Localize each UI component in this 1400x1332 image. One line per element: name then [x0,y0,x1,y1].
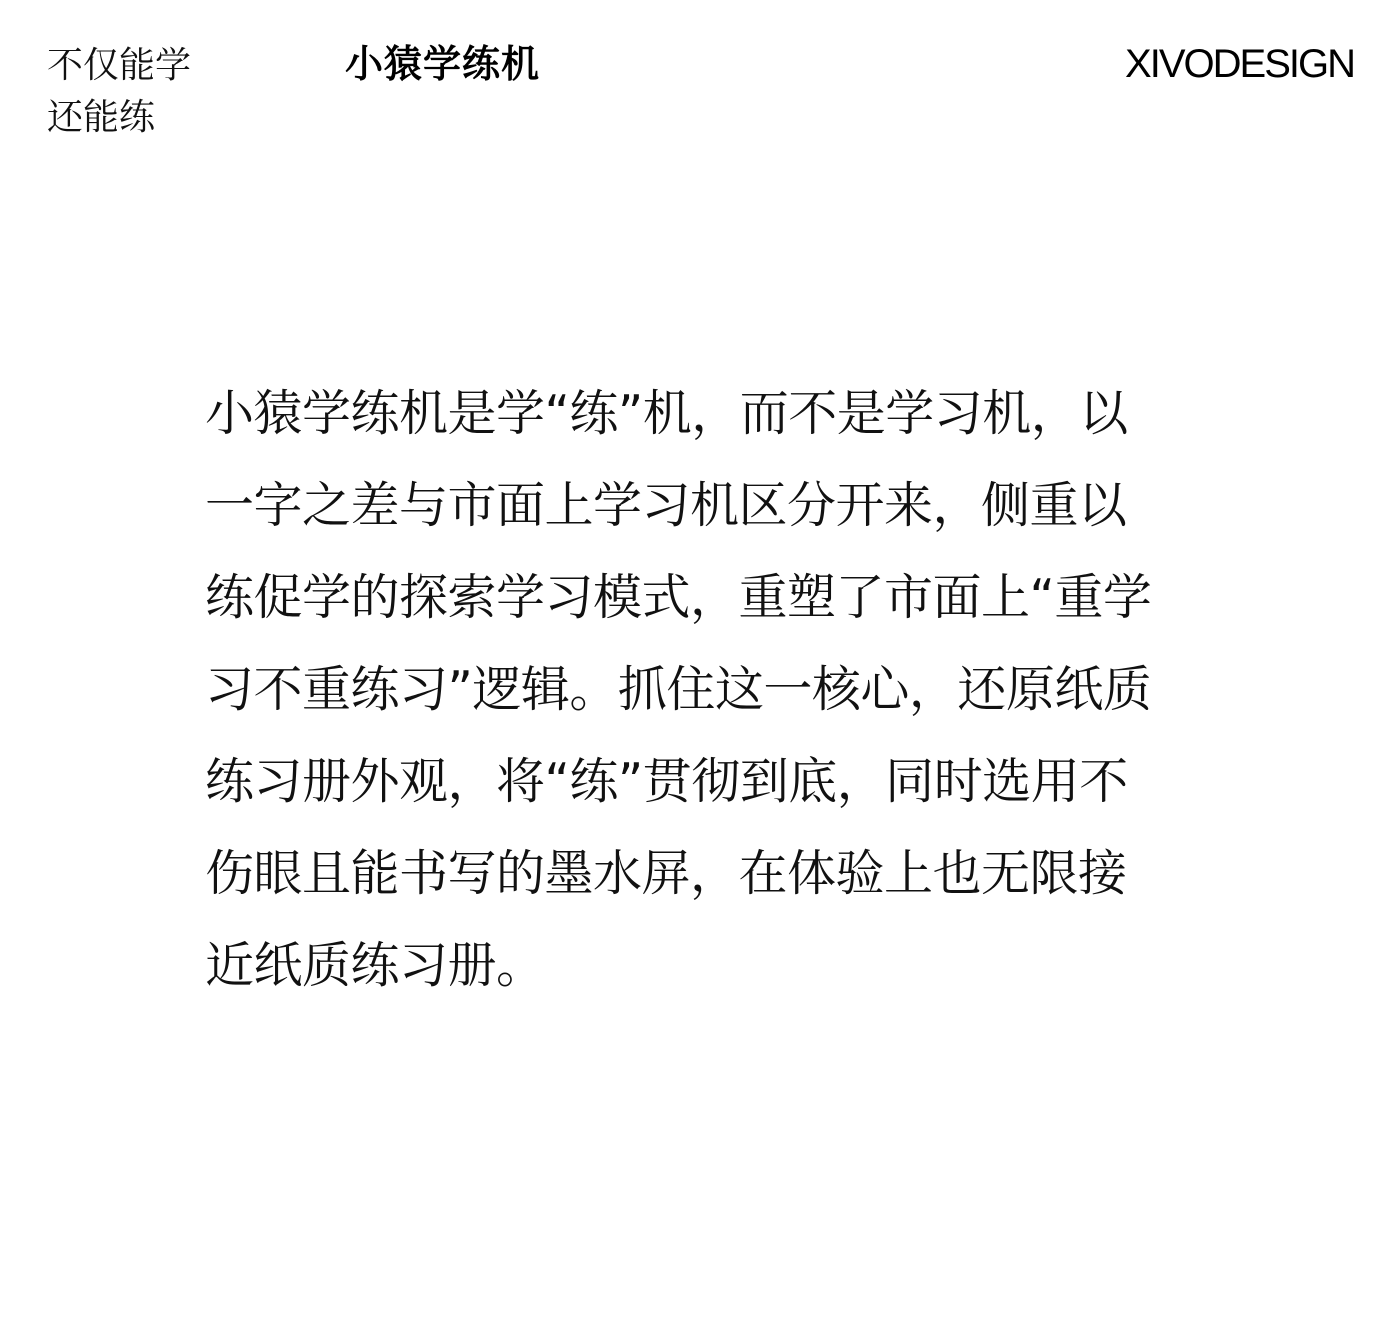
product-title: 小猿学练机 [345,38,540,90]
tagline-line-1: 不仅能学 [47,40,191,92]
body-paragraph: 小猿学练机是学“练”机，而不是学习机，以 一字之差与市面上学习机区分开来，侧重以… [205,368,1205,1012]
body-line: 练促学的探索学习模式，重塑了市面上“重学 [205,552,1205,644]
body-line: 一字之差与市面上学习机区分开来，侧重以 [205,460,1205,552]
body-line: 近纸质练习册。 [205,920,1205,1012]
brand-logo-text: XIVODESIGN [1125,40,1354,88]
body-line: 伤眼且能书写的墨水屏，在体验上也无限接 [205,828,1205,920]
body-line: 习不重练习”逻辑。抓住这一核心，还原纸质 [205,644,1205,736]
body-line: 小猿学练机是学“练”机，而不是学习机，以 [205,368,1205,460]
tagline-line-2: 还能练 [47,92,191,144]
tagline: 不仅能学 还能练 [47,40,191,144]
body-line: 练习册外观，将“练”贯彻到底，同时选用不 [205,736,1205,828]
